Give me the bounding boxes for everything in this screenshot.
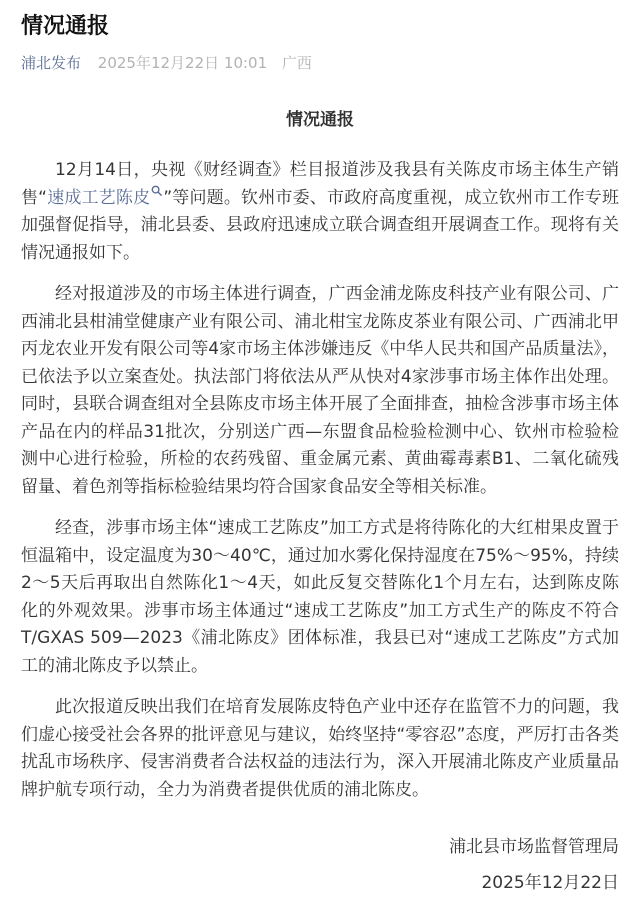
publish-location: 广西 — [282, 54, 312, 72]
paragraph-4: 此次报道反映出我们在培育发展陈皮特色产业中还存在监管不力的问题，我们虚心接受社会… — [21, 694, 619, 804]
article-page: 情况通报 浦北发布 2025年12月22日 10:01 广西 情况通报 12月1… — [0, 0, 640, 909]
paragraph-2: 经对报道涉及的市场主体进行调查，广西金浦龙陈皮科技产业有限公司、广西浦北县柑浦堂… — [21, 281, 619, 501]
page-title: 情况通报 — [21, 12, 619, 42]
search-icon — [151, 185, 162, 196]
article-heading: 情况通报 — [21, 108, 619, 132]
account-name-link[interactable]: 浦北发布 — [21, 54, 81, 72]
signature-org: 浦北县市场监督管理局 — [21, 834, 619, 861]
search-term-link-text: 速成工艺陈皮 — [47, 188, 150, 208]
byline: 浦北发布 2025年12月22日 10:01 广西 — [21, 53, 619, 73]
signature-block: 浦北县市场监督管理局 2025年12月22日 — [21, 834, 619, 897]
paragraph-3: 经查，涉事市场主体“速成工艺陈皮”加工方式是将待陈化的大红柑果皮置于恒温箱中，设… — [21, 515, 619, 680]
search-term-link[interactable]: 速成工艺陈皮 — [47, 188, 163, 208]
paragraph-1: 12月14日，央视《财经调查》栏目报道涉及我县有关陈皮市场主体生产销售“速成工艺… — [21, 157, 619, 267]
signature-date: 2025年12月22日 — [21, 870, 619, 897]
publish-datetime: 2025年12月22日 10:01 — [98, 54, 267, 72]
